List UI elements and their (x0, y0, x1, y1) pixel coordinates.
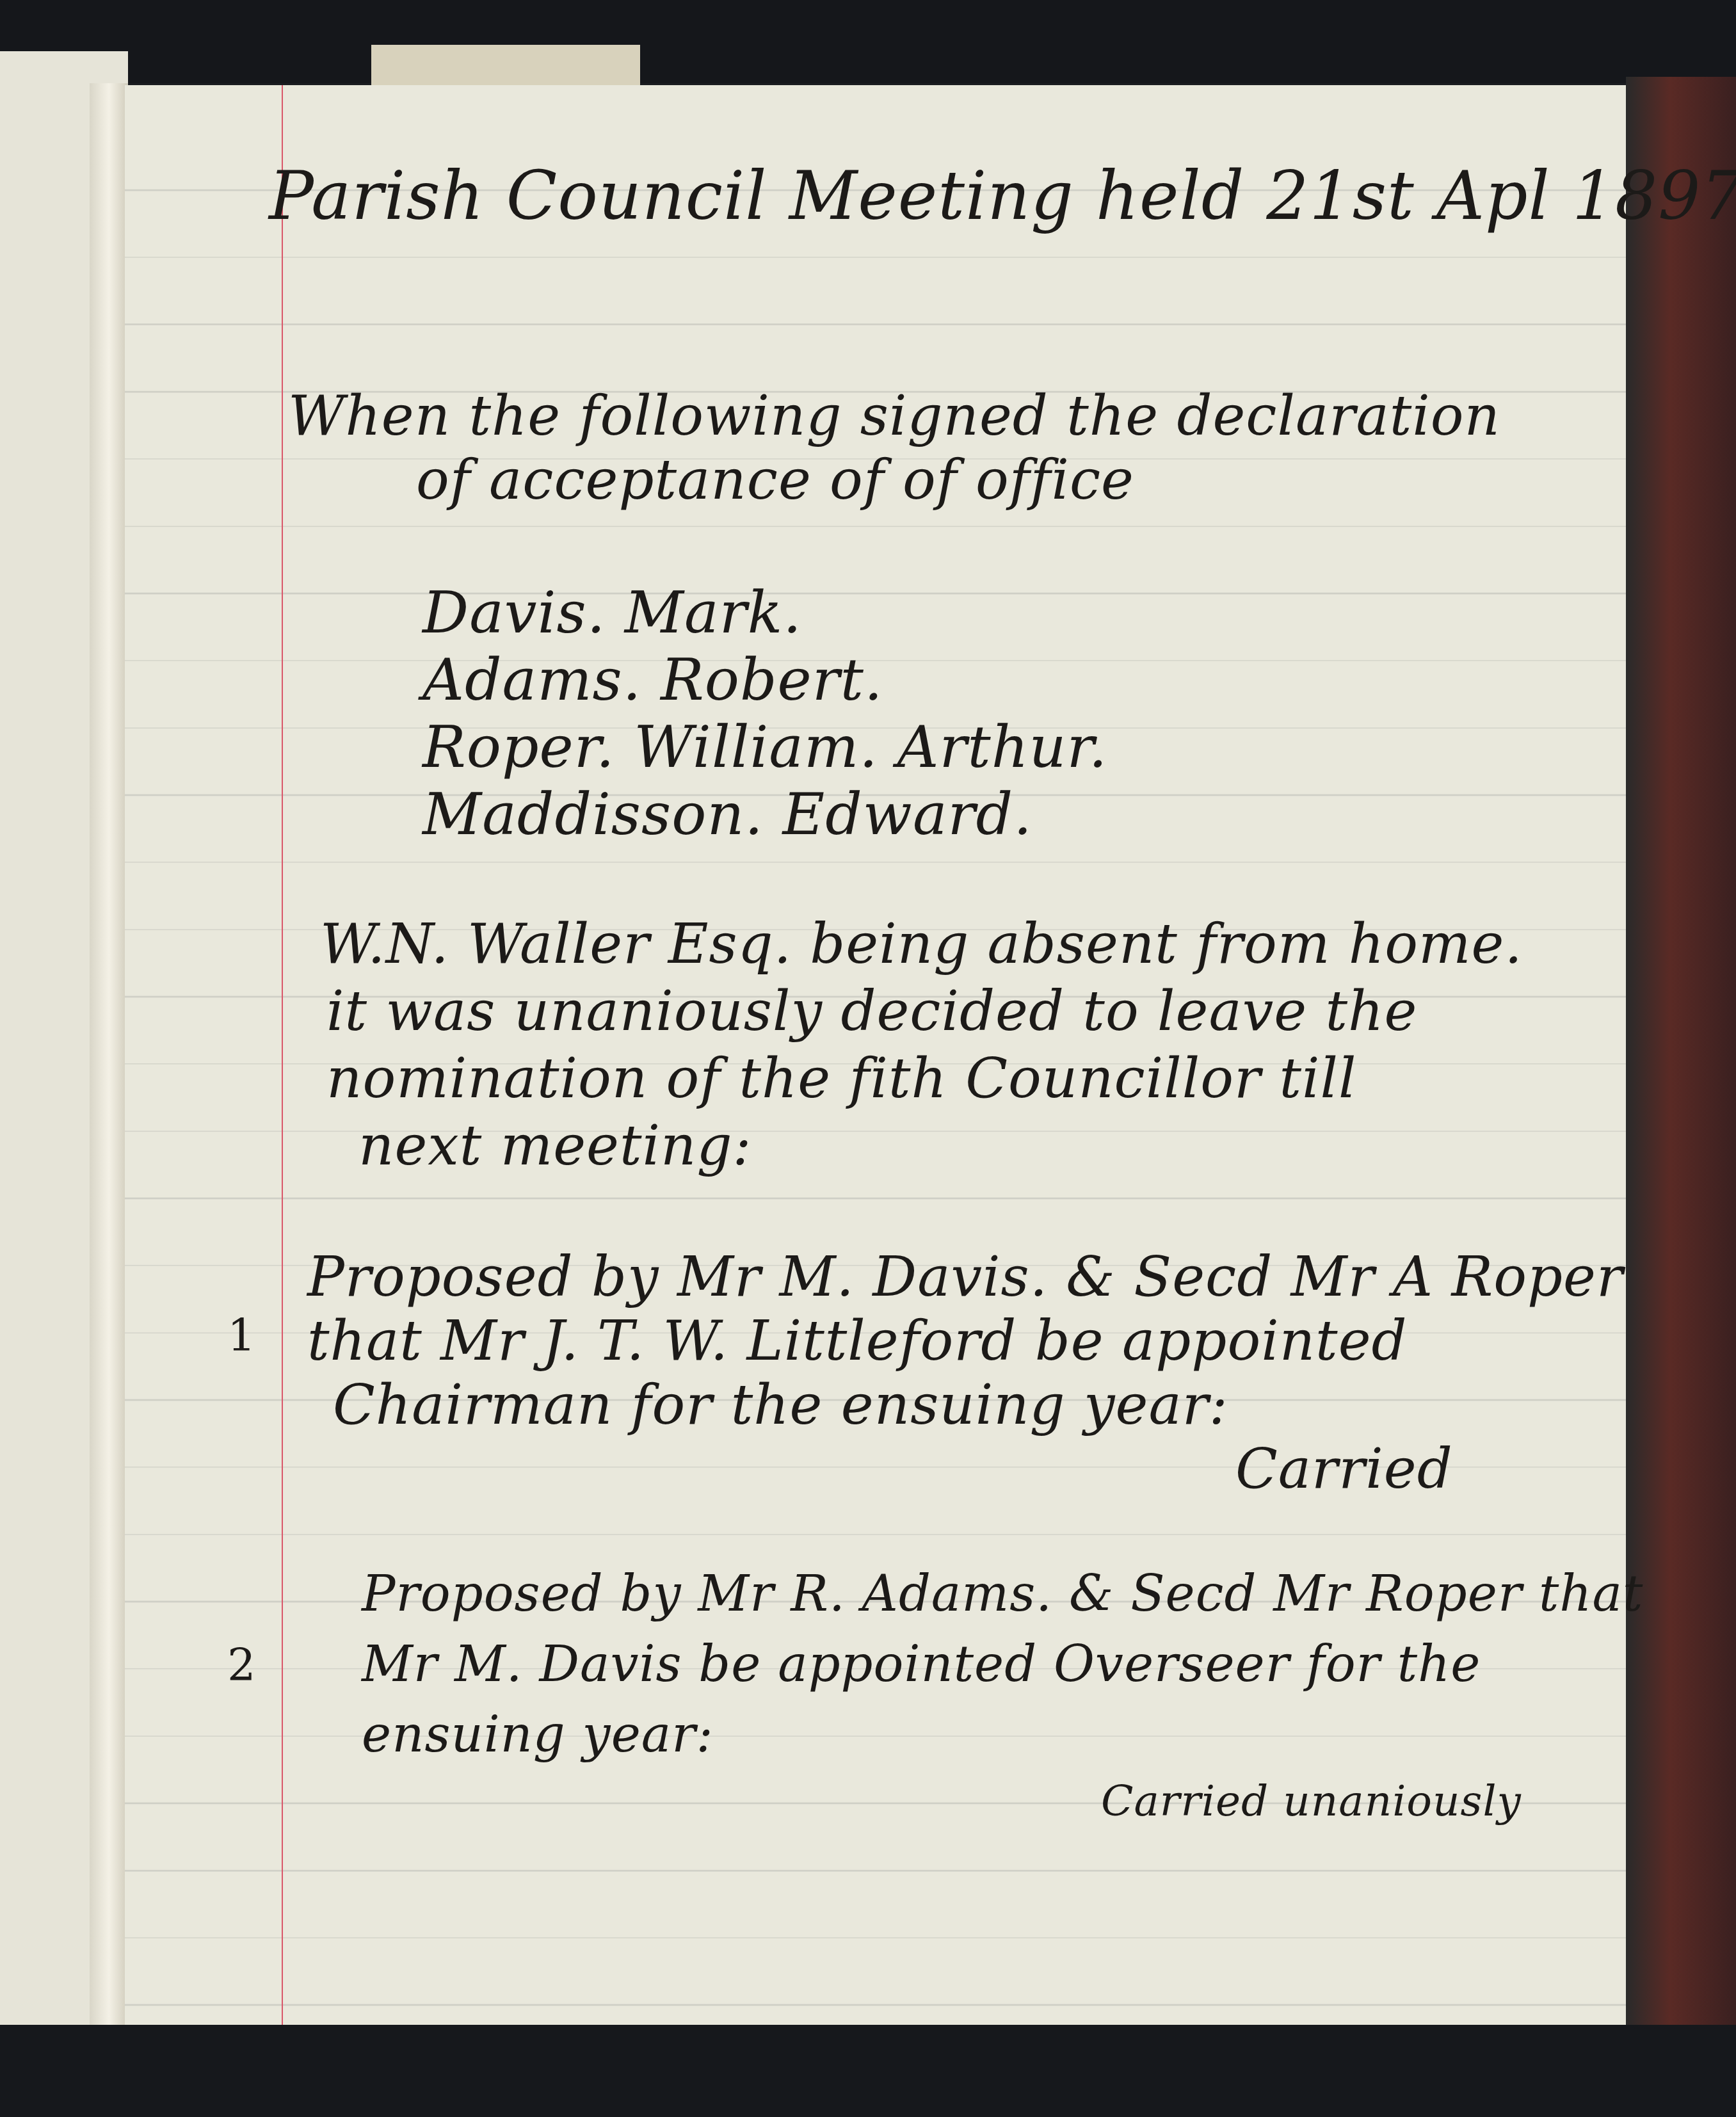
resolution-line: that Mr J. T. W. Littleford be appointed (307, 1309, 1408, 1373)
page-title: Parish Council Meeting held 21st Apl 189… (269, 157, 1736, 235)
absence-note-line: next meeting: (358, 1114, 752, 1178)
signatory: Maddisson. Edward. (422, 781, 1033, 848)
resolution-line: Chairman for the ensuing year: (333, 1373, 1228, 1437)
resolution-outcome: Carried (1235, 1437, 1453, 1501)
signatory: Davis. Mark. (422, 579, 802, 647)
intro-line-1: When the following signed the declaratio… (288, 384, 1500, 448)
book-spine (90, 83, 128, 2068)
intro-line-2: of acceptance of of office (416, 448, 1134, 512)
resolution-line: Proposed by Mr M. Davis. & Secd Mr A Rop… (307, 1245, 1623, 1309)
absence-note-line: it was unaniously decided to leave the (326, 979, 1417, 1043)
resolution-line: Mr M. Davis be appointed Overseer for th… (362, 1636, 1481, 1693)
resolution-number: 1 (227, 1309, 256, 1362)
resolution-line: ensuing year: (362, 1706, 714, 1764)
absence-note-line: W.N. Waller Esq. being absent from home. (320, 912, 1523, 976)
absence-note-line: nomination of the fith Councillor till (326, 1047, 1357, 1111)
page-tab-flap (371, 45, 640, 86)
margin-rule (282, 85, 283, 2025)
resolution-line: Proposed by Mr R. Adams. & Secd Mr Roper… (362, 1565, 1643, 1623)
resolution-number: 2 (227, 1639, 256, 1691)
signatory: Adams. Robert. (422, 647, 883, 714)
resolution-outcome: Carried unaniously (1101, 1776, 1522, 1826)
book-cover-right (1626, 77, 1736, 2049)
background-bottom (0, 2025, 1736, 2117)
signatory: Roper. William. Arthur. (422, 714, 1107, 781)
background-top (0, 0, 1736, 83)
